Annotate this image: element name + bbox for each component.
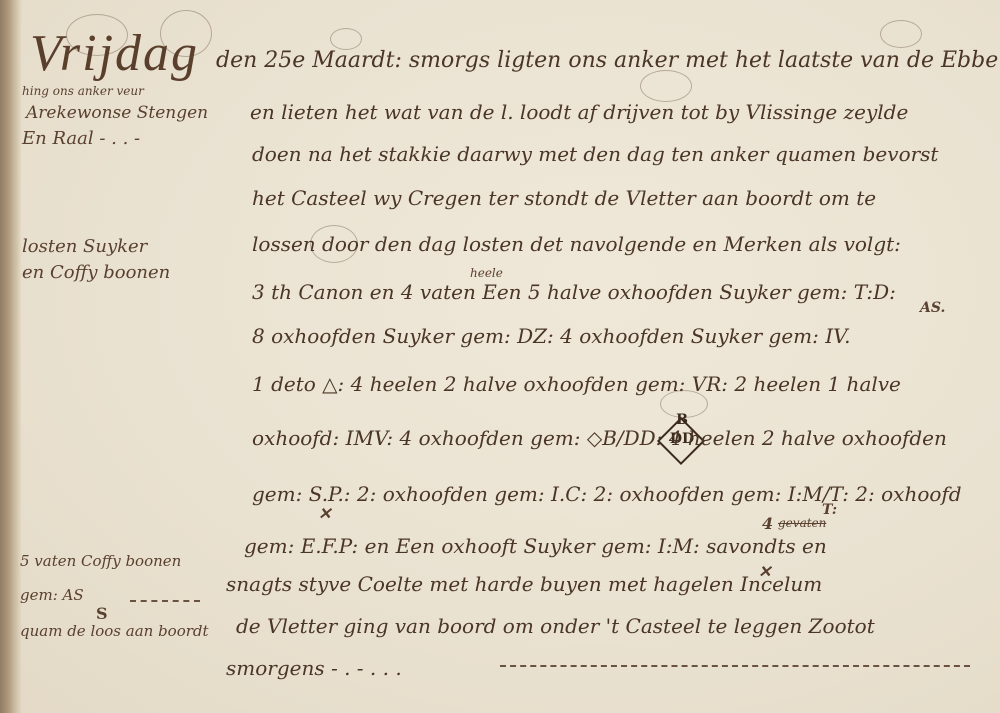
struck-red-note: gevaten <box>778 516 826 530</box>
flourish-loop <box>880 20 922 48</box>
log-line: gem: S.P.: 2: oxhoofden gem: I.C: 2: oxh… <box>252 482 962 506</box>
log-line: doen na het stakkie daarwy met den dag t… <box>252 142 938 166</box>
day-heading: Vrijdag <box>30 24 199 83</box>
book-binding-edge <box>0 0 22 713</box>
margin-note: en Coffy boonen <box>22 262 170 283</box>
margin-note: gem: AS <box>20 586 84 604</box>
margin-note: quam de loos aan boordt <box>20 622 209 640</box>
log-line: het Casteel wy Cregen ter stondt de Vlet… <box>252 186 876 210</box>
log-line: lossen door den dag losten det navolgend… <box>252 232 901 256</box>
cross-mark-icon: ✕ <box>318 504 331 523</box>
margin-note: losten Suyker <box>22 236 147 257</box>
diamond-mark-top: B <box>672 413 692 427</box>
manuscript-page: Vrijdag hing ons anker veur Arekewonse S… <box>0 0 1000 713</box>
log-line: oxhoofd: IMV: 4 oxhoofden gem: ◇B/DD: 4 … <box>252 426 947 450</box>
log-line: 1 deto △: 4 heelen 2 halve oxhoofden gem… <box>252 372 901 396</box>
merchant-mark: S <box>96 604 108 623</box>
margin-note: En Raal - . . - <box>22 128 140 149</box>
dash-rule <box>130 600 200 602</box>
margin-note: hing ons anker veur <box>22 84 144 98</box>
log-line: 3 th Canon en 4 vaten Een 5 halve oxhoof… <box>252 280 896 304</box>
log-line: gem: E.F.P: en Een oxhooft Suyker gem: I… <box>244 534 827 558</box>
log-line: den 25e Maardt: smorgs ligten ons anker … <box>216 48 998 73</box>
flourish-loop <box>330 28 362 50</box>
log-line: en lieten het wat van de l. loodt af dri… <box>250 100 908 124</box>
margin-note: 5 vaten Coffy boonen <box>20 552 181 570</box>
merchant-mark-superscript: AS. <box>920 300 945 316</box>
merchant-mark-superscript: 4 <box>762 514 773 533</box>
interlinear-note: heele <box>470 266 503 280</box>
margin-note: Arekewonse Stengen <box>26 103 208 123</box>
log-line: de Vletter ging van boord om onder 't Ca… <box>236 614 875 638</box>
end-dash-rule <box>500 665 970 667</box>
log-line: 8 oxhoofden Suyker gem: DZ: 4 oxhoofden … <box>252 324 850 348</box>
log-line: snagts styve Coelte met harde buyen met … <box>226 572 822 596</box>
flourish-loop <box>640 70 692 102</box>
log-line: smorgens - . - . . . <box>226 656 402 680</box>
